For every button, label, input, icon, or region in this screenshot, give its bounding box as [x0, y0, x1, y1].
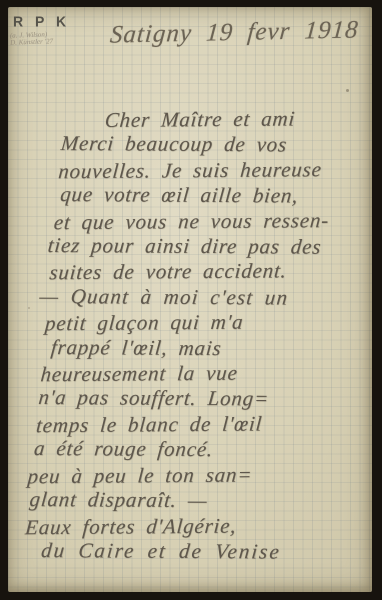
handwriting-line: Eaux fortes d'Algérie,	[24, 512, 350, 540]
handwriting-line: tiez pour ainsi dire pas des	[47, 233, 375, 260]
handwriting-line: petit glaçon qui m'a	[44, 309, 368, 337]
scanned-letter-background: R P K (a. J. Wilson) D. Künstler '27 Sat…	[0, 0, 382, 600]
pencil-inscription-line-2: D. Künstler '27	[10, 38, 53, 46]
handwriting-line: du Caire et de Venise	[40, 538, 348, 565]
handwriting-line: Cher Maître et ami	[62, 106, 382, 134]
pencil-inscription: (a. J. Wilson) D. Künstler '27	[10, 31, 53, 46]
handwriting-line: que votre œil aille bien,	[59, 182, 379, 209]
handwriting-line: glant disparaît. —	[28, 487, 352, 514]
handwriting-line: a été rouge foncé.	[33, 436, 357, 463]
handwriting-line: temps le blanc de l'œil	[35, 411, 359, 439]
handwriting-line: frappé l'œil, mais	[50, 335, 366, 362]
handwriting-line: n'a pas souffert. Long=	[37, 385, 361, 412]
letter-paper: R P K (a. J. Wilson) D. Künstler '27 Sat…	[8, 7, 372, 592]
handwriting-line: Merci beaucoup de vos	[60, 131, 382, 158]
letter-dateline: Satigny 19 fevr 1918	[109, 16, 360, 49]
handwriting-line: et que vous ne vous ressen-	[53, 207, 377, 235]
letter-body: Cher Maître et ami Merci beaucoup de vos…	[24, 107, 382, 564]
handwriting-line: heureusement la vue	[40, 360, 364, 388]
handwriting-line: suites de votre accident.	[48, 258, 372, 286]
paper-speck	[28, 307, 30, 309]
collection-stamp-rpk: R P K	[13, 13, 70, 30]
paper-speck	[346, 89, 349, 92]
handwriting-line: peu à peu le ton san=	[27, 461, 355, 489]
handwriting-line: — Quant à moi c'est un	[38, 284, 370, 311]
handwriting-line: nouvelles. Je suis heureuse	[57, 157, 381, 185]
